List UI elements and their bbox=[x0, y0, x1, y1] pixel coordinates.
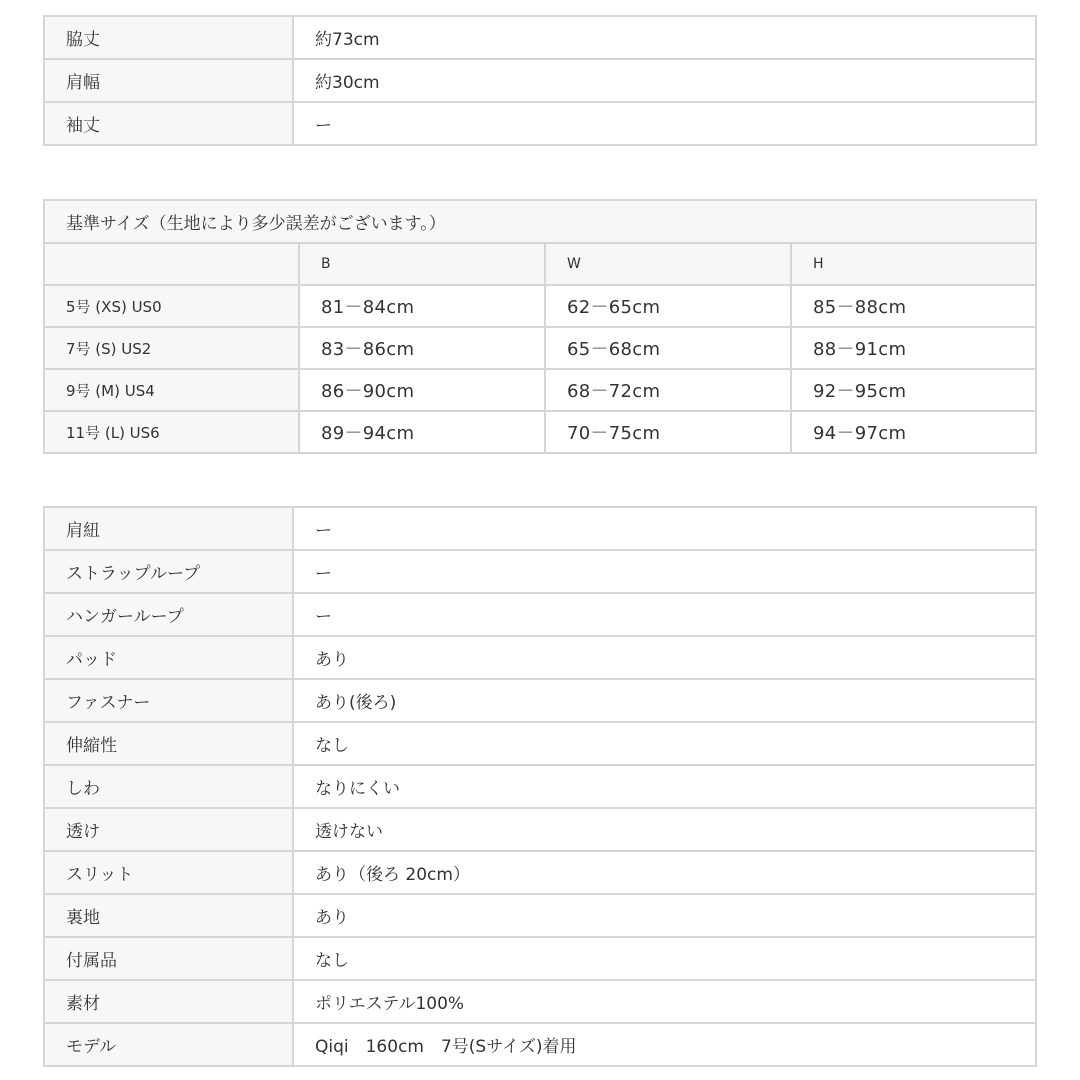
size-chart-caption-row: 基準サイズ（生地により多少誤差がございます。） bbox=[44, 200, 1036, 243]
size-label: 9号 (M) US4 bbox=[44, 369, 299, 411]
detail-value: なりにくい bbox=[293, 765, 1036, 808]
detail-value: ー bbox=[293, 550, 1036, 593]
measurements-table: 脇丈 約73cm 肩幅 約30cm 袖丈 ー bbox=[43, 15, 1037, 146]
detail-label: モデル bbox=[44, 1023, 293, 1066]
size-label: 11号 (L) US6 bbox=[44, 411, 299, 453]
table-row: 伸縮性 なし bbox=[44, 722, 1036, 765]
detail-label: パッド bbox=[44, 636, 293, 679]
detail-label: ファスナー bbox=[44, 679, 293, 722]
detail-label: 裏地 bbox=[44, 894, 293, 937]
table-row: 素材 ポリエステル100% bbox=[44, 980, 1036, 1023]
measurement-value: 約30cm bbox=[293, 59, 1036, 102]
size-label: 5号 (XS) US0 bbox=[44, 285, 299, 327]
table-row: ストラップループ ー bbox=[44, 550, 1036, 593]
size-label: 7号 (S) US2 bbox=[44, 327, 299, 369]
table-row: ハンガーループ ー bbox=[44, 593, 1036, 636]
detail-label: 肩紐 bbox=[44, 507, 293, 550]
table-row: 5号 (XS) US0 81－84cm 62－65cm 85－88cm bbox=[44, 285, 1036, 327]
hip-value: 92－95cm bbox=[791, 369, 1036, 411]
measurement-label: 袖丈 bbox=[44, 102, 293, 145]
bust-value: 83－86cm bbox=[299, 327, 545, 369]
detail-value: ポリエステル100% bbox=[293, 980, 1036, 1023]
detail-value: あり（後ろ 20cm） bbox=[293, 851, 1036, 894]
detail-value: あり bbox=[293, 894, 1036, 937]
detail-value: Qiqi 160cm 7号(Sサイズ)着用 bbox=[293, 1023, 1036, 1066]
measurement-value: ー bbox=[293, 102, 1036, 145]
detail-label: ストラップループ bbox=[44, 550, 293, 593]
column-header-size bbox=[44, 243, 299, 285]
detail-value: あり(後ろ) bbox=[293, 679, 1036, 722]
hip-value: 88－91cm bbox=[791, 327, 1036, 369]
table-row: 透け 透けない bbox=[44, 808, 1036, 851]
waist-value: 68－72cm bbox=[545, 369, 791, 411]
table-row: モデル Qiqi 160cm 7号(Sサイズ)着用 bbox=[44, 1023, 1036, 1066]
detail-label: 素材 bbox=[44, 980, 293, 1023]
table-row: 裏地 あり bbox=[44, 894, 1036, 937]
detail-label: 付属品 bbox=[44, 937, 293, 980]
detail-value: ー bbox=[293, 507, 1036, 550]
table-row: 肩幅 約30cm bbox=[44, 59, 1036, 102]
table-row: 9号 (M) US4 86－90cm 68－72cm 92－95cm bbox=[44, 369, 1036, 411]
table-row: 肩紐 ー bbox=[44, 507, 1036, 550]
table-row: 7号 (S) US2 83－86cm 65－68cm 88－91cm bbox=[44, 327, 1036, 369]
column-header-waist: W bbox=[545, 243, 791, 285]
measurement-label: 肩幅 bbox=[44, 59, 293, 102]
table-row: 11号 (L) US6 89－94cm 70－75cm 94－97cm bbox=[44, 411, 1036, 453]
detail-value: 透けない bbox=[293, 808, 1036, 851]
size-chart-caption: 基準サイズ（生地により多少誤差がございます。） bbox=[44, 200, 1036, 243]
waist-value: 70－75cm bbox=[545, 411, 791, 453]
table-row: しわ なりにくい bbox=[44, 765, 1036, 808]
bust-value: 89－94cm bbox=[299, 411, 545, 453]
table-row: 脇丈 約73cm bbox=[44, 16, 1036, 59]
detail-value: ー bbox=[293, 593, 1036, 636]
detail-value: あり bbox=[293, 636, 1036, 679]
table-row: ファスナー あり(後ろ) bbox=[44, 679, 1036, 722]
details-table: 肩紐 ー ストラップループ ー ハンガーループ ー パッド あり ファスナー あ… bbox=[43, 506, 1037, 1067]
table-row: スリット あり（後ろ 20cm） bbox=[44, 851, 1036, 894]
detail-label: 透け bbox=[44, 808, 293, 851]
size-chart-table: 基準サイズ（生地により多少誤差がございます。） B W H 5号 (XS) US… bbox=[43, 199, 1037, 454]
size-chart-header-row: B W H bbox=[44, 243, 1036, 285]
detail-label: しわ bbox=[44, 765, 293, 808]
detail-value: なし bbox=[293, 722, 1036, 765]
waist-value: 65－68cm bbox=[545, 327, 791, 369]
product-spec-page: 脇丈 約73cm 肩幅 約30cm 袖丈 ー 基準サイズ（生地により多少誤差がご… bbox=[0, 0, 1080, 1080]
bust-value: 81－84cm bbox=[299, 285, 545, 327]
table-row: パッド あり bbox=[44, 636, 1036, 679]
detail-value: なし bbox=[293, 937, 1036, 980]
measurement-value: 約73cm bbox=[293, 16, 1036, 59]
column-header-bust: B bbox=[299, 243, 545, 285]
hip-value: 85－88cm bbox=[791, 285, 1036, 327]
table-row: 付属品 なし bbox=[44, 937, 1036, 980]
column-header-hip: H bbox=[791, 243, 1036, 285]
measurement-label: 脇丈 bbox=[44, 16, 293, 59]
waist-value: 62－65cm bbox=[545, 285, 791, 327]
detail-label: スリット bbox=[44, 851, 293, 894]
bust-value: 86－90cm bbox=[299, 369, 545, 411]
detail-label: 伸縮性 bbox=[44, 722, 293, 765]
detail-label: ハンガーループ bbox=[44, 593, 293, 636]
hip-value: 94－97cm bbox=[791, 411, 1036, 453]
table-row: 袖丈 ー bbox=[44, 102, 1036, 145]
